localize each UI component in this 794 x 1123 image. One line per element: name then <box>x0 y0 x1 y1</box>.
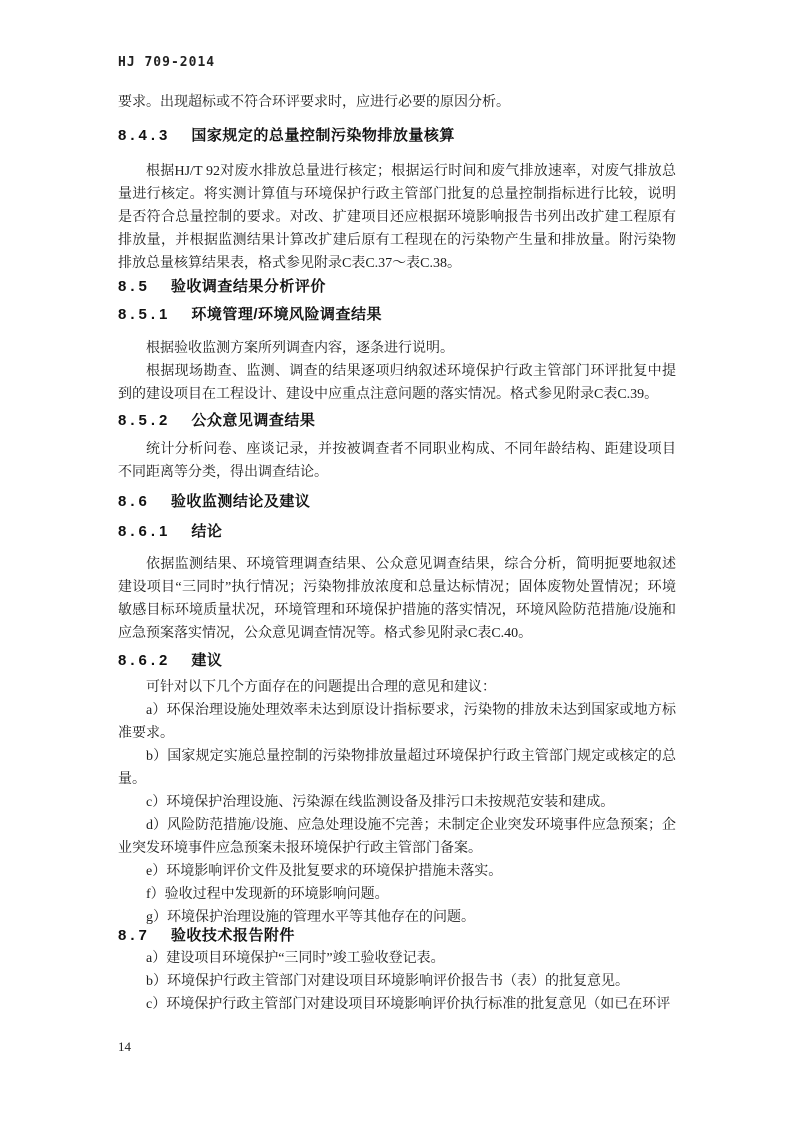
section-heading-8-6-2: 8.6.2建议 <box>118 651 676 671</box>
heading-title: 国家规定的总量控制污染物排放量核算 <box>191 127 455 144</box>
paragraph-8-5-2: 统计分析问卷、座谈记录，并按被调查者不同职业构成、不同年龄结构、距建设项目不同距… <box>118 438 676 484</box>
attachment-item-b: b）环境保护行政主管部门对建设项目环境影响评价报告书（表）的批复意见。 <box>118 970 676 993</box>
list-item-b: b）国家规定实施总量控制的污染物排放量超过环境保护行政主管部门规定或核定的总量。 <box>118 745 676 791</box>
paragraph-8-5-1-b: 根据现场勘查、监测、调查的结果逐项归纳叙述环境保护行政主管部门环评批复中提到的建… <box>118 360 676 406</box>
paragraph-8-4-3: 根据HJ/T 92对废水排放总量进行核定；根据运行时间和废气排放速率，对废气排放… <box>118 160 676 275</box>
section-heading-8-6-1: 8.6.1结论 <box>118 522 676 542</box>
section-heading-8-5-1: 8.5.1环境管理/环境风险调查结果 <box>118 305 676 325</box>
heading-number: 8.5.2 <box>118 412 171 429</box>
list-item-f: f）验收过程中发现新的环境影响问题。 <box>118 883 676 906</box>
running-header: HJ 709-2014 <box>118 55 676 70</box>
heading-number: 8.5.1 <box>118 306 171 323</box>
section-heading-8-5-2: 8.5.2公众意见调查结果 <box>118 411 676 431</box>
heading-title: 结论 <box>191 523 222 540</box>
heading-title: 公众意见调查结果 <box>191 412 315 429</box>
attachment-item-c: c）环境保护行政主管部门对建设项目环境影响评价执行标准的批复意见（如已在环评 <box>118 993 676 1016</box>
heading-number: 8.5 <box>118 278 151 295</box>
section-heading-8-6: 8.6验收监测结论及建议 <box>118 492 676 512</box>
paragraph-8-5-1-a: 根据验收监测方案所列调查内容，逐条进行说明。 <box>118 337 676 360</box>
paragraph-8-6-2-intro: 可针对以下几个方面存在的问题提出合理的意见和建议： <box>118 676 676 699</box>
heading-title: 环境管理/环境风险调查结果 <box>191 306 382 323</box>
heading-number: 8.7 <box>118 927 151 944</box>
list-item-a: a）环保治理设施处理效率未达到原设计指标要求，污染物的排放未达到国家或地方标准要… <box>118 699 676 745</box>
section-heading-8-4-3: 8.4.3国家规定的总量控制污染物排放量核算 <box>118 126 676 146</box>
heading-title: 验收调查结果分析评价 <box>171 278 326 295</box>
paragraph-continuation: 要求。出现超标或不符合环评要求时，应进行必要的原因分析。 <box>118 91 676 114</box>
heading-number: 8.6.2 <box>118 652 171 669</box>
section-heading-8-7: 8.7验收技术报告附件 <box>118 926 676 946</box>
heading-title: 验收技术报告附件 <box>171 927 295 944</box>
heading-title: 建议 <box>191 652 222 669</box>
list-item-d: d）风险防范措施/设施、应急处理设施不完善；未制定企业突发环境事件应急预案；企业… <box>118 814 676 860</box>
attachment-item-a: a）建设项目环境保护“三同时”竣工验收登记表。 <box>118 947 676 970</box>
paragraph-8-6-1: 依据监测结果、环境管理调查结果、公众意见调查结果，综合分析，简明扼要地叙述建设项… <box>118 553 676 645</box>
list-item-e: e）环境影响评价文件及批复要求的环境保护措施未落实。 <box>118 860 676 883</box>
list-item-c: c）环境保护治理设施、污染源在线监测设备及排污口未按规范安装和建成。 <box>118 791 676 814</box>
heading-title: 验收监测结论及建议 <box>171 493 311 510</box>
heading-number: 8.6 <box>118 493 151 510</box>
section-heading-8-5: 8.5验收调查结果分析评价 <box>118 277 676 297</box>
heading-number: 8.6.1 <box>118 523 171 540</box>
heading-number: 8.4.3 <box>118 127 171 144</box>
document-page: HJ 709-2014 要求。出现超标或不符合环评要求时，应进行必要的原因分析。… <box>0 0 794 1123</box>
page-number: 14 <box>118 1039 676 1055</box>
document-content: HJ 709-2014 要求。出现超标或不符合环评要求时，应进行必要的原因分析。… <box>118 0 676 1123</box>
